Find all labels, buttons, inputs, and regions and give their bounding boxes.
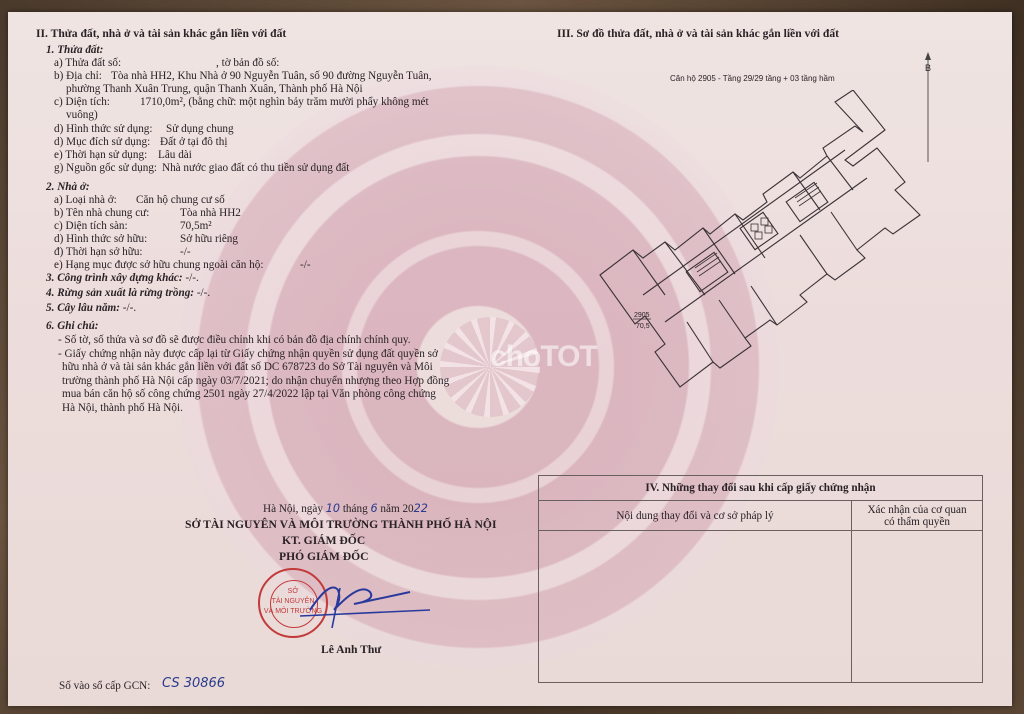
date-prefix: Hà Nội, ngày (263, 503, 323, 515)
unit-area: 70,5 (636, 321, 650, 334)
land-area-label: c) Diện tích: (54, 96, 110, 109)
issuing-agency: SỞ TÀI NGUYÊN VÀ MÔI TRƯỜNG THÀNH PHỐ HÀ… (185, 519, 496, 532)
map-sheet-label: , tờ bản đồ số: (216, 57, 279, 70)
house-row-label: đ) Thời hạn sở hữu: (54, 246, 143, 259)
change-content-cell[interactable] (539, 531, 852, 683)
land-area-value-1: 1710,0m², (bằng chữ: một nghìn bảy trăm … (140, 96, 429, 109)
column-header-authority: Xác nhận của cơ quan có thẩm quyền (852, 501, 983, 531)
section-ii-title: II. Thửa đất, nhà ở và tài sản khác gắn … (36, 28, 286, 41)
column-header-change-content: Nội dung thay đổi và cơ sở pháp lý (539, 501, 852, 531)
signature-scribble (290, 570, 440, 630)
house-row-value: Căn hộ chung cư số (136, 194, 225, 207)
section-iii-title: III. Sơ đồ thửa đất, nhà ở và tài sản kh… (557, 28, 839, 41)
house-row-label: a) Loại nhà ở: (54, 194, 117, 207)
other-asset-value: -/-. (197, 287, 210, 299)
changes-title: IV. Những thay đổi sau khi cấp giấy chứn… (539, 476, 983, 501)
house-row-value: Sở hữu riêng (180, 233, 238, 246)
usage-term-value: Lâu dài (158, 149, 192, 162)
issue-year: 22 (414, 502, 428, 515)
usage-origin-label: g) Nguồn gốc sử dụng: (54, 162, 157, 175)
other-asset-row: 5. Cây lâu năm: -/-. (46, 302, 136, 315)
house-row-value: Tòa nhà HH2 (180, 207, 241, 220)
note-line: mua bán căn hộ số công chứng 2501 ngày 2… (62, 388, 436, 401)
usage-term-label: e) Thời hạn sử dụng: (54, 149, 147, 162)
authority-line-2: có thẩm quyền (853, 516, 981, 528)
other-asset-value: -/-. (123, 302, 136, 314)
note-line: - Giấy chứng nhận này được cấp lại từ Gi… (58, 348, 438, 361)
note-line: hữu nhà ở và tài sản khác gắn liền với đ… (62, 361, 433, 374)
usage-purpose-value: Đất ở tại đô thị (160, 136, 227, 149)
address-value-1: Tòa nhà HH2, Khu Nhà ở 90 Nguyễn Tuân, s… (111, 70, 432, 83)
land-area-value-2: vuông) (66, 109, 98, 122)
authority-line-1: Xác nhận của cơ quan (853, 504, 981, 516)
parcel-number-label: a) Thửa đất số: (54, 57, 121, 70)
usage-purpose-label: d) Mục đích sử dụng: (54, 136, 150, 149)
floor-plan-diagram (595, 90, 925, 390)
house-row-label: d) Hình thức sở hữu: (54, 233, 147, 246)
issue-date: Hà Nội, ngày 10 tháng 6 năm 2022 (263, 503, 428, 516)
signer-role-1: KT. GIÁM ĐỐC (282, 535, 365, 548)
usage-origin-value: Nhà nước giao đất có thu tiền sử dụng đấ… (162, 162, 349, 175)
issue-day: 10 (326, 502, 340, 515)
other-asset-row: 3. Công trình xây dựng khác: -/-. (46, 272, 199, 285)
address-label: b) Địa chỉ: (54, 70, 102, 83)
usage-form-label: d) Hình thức sử dụng: (54, 123, 153, 136)
house-row-value: 70,5m² (180, 220, 212, 233)
changes-table: IV. Những thay đổi sau khi cấp giấy chứn… (538, 475, 983, 683)
other-asset-label: 4. Rừng sản xuất là rừng trồng: (46, 287, 194, 299)
registry-label: Số vào sổ cấp GCN: (59, 680, 150, 693)
note-line: trường thành phố Hà Nội cấp ngày 03/7/20… (62, 375, 449, 388)
house-row-label: e) Hạng mục được sở hữu chung ngoài căn … (54, 259, 263, 272)
house-row-label: c) Diện tích sàn: (54, 220, 128, 233)
year-label: năm 20 (380, 503, 413, 515)
watermark: choTOT (490, 340, 597, 374)
usage-form-value: Sử dụng chung (166, 123, 234, 136)
land-heading: 1. Thửa đất: (46, 44, 103, 57)
other-asset-row: 4. Rừng sản xuất là rừng trồng: -/-. (46, 287, 210, 300)
signer-name: Lê Anh Thư (321, 644, 381, 657)
address-value-2: phường Thanh Xuân Trung, quận Thanh Xuân… (66, 83, 363, 96)
notes-heading: 6. Ghi chú: (46, 320, 99, 333)
house-row-value: -/- (180, 246, 191, 259)
authority-cell[interactable] (852, 531, 983, 683)
registry-number: CS 30866 (162, 678, 225, 691)
other-asset-label: 3. Công trình xây dựng khác: (46, 272, 183, 284)
other-asset-value: -/-. (185, 272, 198, 284)
other-asset-label: 5. Cây lâu năm: (46, 302, 120, 314)
house-row-value: -/- (300, 259, 311, 272)
house-row-label: b) Tên nhà chung cư: (54, 207, 149, 220)
note-line: Hà Nội, thành phố Hà Nội. (62, 402, 183, 415)
signer-role-2: PHÓ GIÁM ĐỐC (279, 551, 369, 564)
month-label: tháng (343, 503, 368, 515)
plan-caption: Căn hộ 2905 - Tầng 29/29 tầng + 03 tầng … (670, 73, 835, 86)
north-label: B (925, 62, 931, 75)
note-line: - Số tờ, số thửa và sơ đồ sẽ được điều c… (58, 334, 411, 347)
house-heading: 2. Nhà ở: (46, 181, 90, 194)
issue-month: 6 (370, 502, 377, 515)
